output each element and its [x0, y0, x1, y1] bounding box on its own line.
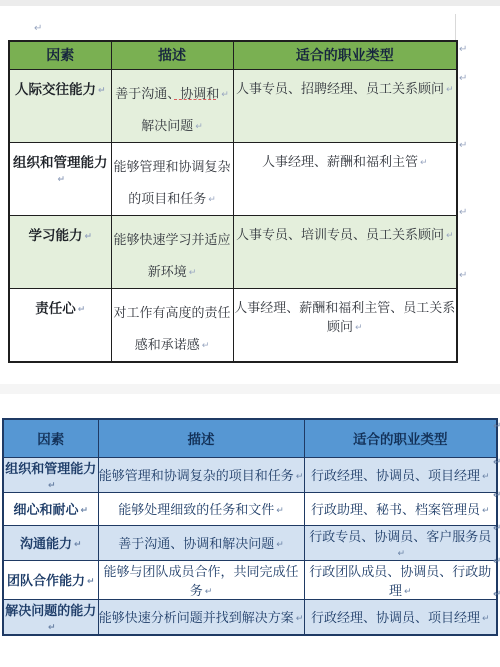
paragraph-mark-icon: ↵ [493, 458, 500, 468]
table-row: 团队合作能力↵ 能够与团队成员合作，共同完成任务↵ 行政团队成员、协调员、行政助… [3, 560, 497, 599]
paragraph-mark-icon: ↵ [493, 557, 500, 567]
paragraph-mark-icon: ↵ [482, 505, 490, 515]
description-cell: 对工作有高度的责任 感和承诺感↵ [111, 288, 233, 362]
careers-cell: 行政经理、协调员、项目经理↵ [304, 457, 497, 492]
paragraph-mark-icon: ↵ [208, 194, 216, 204]
paragraph-mark-icon: ↵ [493, 590, 500, 600]
careers-cell: 人事经理、薪酬和福利主管、员工关系顾问↵ [233, 288, 457, 362]
hr-factors-table: 因素 描述 适合的职业类型 人际交往能力↵ 善于沟通、协调和↵ 解决问题↵ 人事… [8, 40, 458, 363]
factor-cell: 组织和管理能力↵ [3, 457, 98, 492]
factor-cell: 解决问题的能力↵ [3, 599, 98, 635]
paragraph-mark-icon: ↵ [397, 548, 405, 558]
table-row: 责任心↵ 对工作有高度的责任 感和承诺感↵ 人事经理、薪酬和福利主管、员工关系顾… [9, 288, 457, 362]
paragraph-mark-icon: ↵ [404, 586, 412, 596]
description-cell: 善于沟通、协调和↵ 解决问题↵ [111, 69, 233, 142]
paragraph-mark-icon: ↵ [202, 340, 210, 350]
paragraph-mark-icon: ↵ [205, 586, 213, 596]
description-cell: 能够处理细致的任务和文件↵ [98, 492, 304, 525]
paragraph-mark-icon: ↵ [87, 576, 95, 586]
paragraph-mark-icon: ↵ [493, 422, 500, 432]
paragraph-mark-icon: ↵ [221, 89, 229, 99]
description-cell: 能够快速分析问题并找到解决方案↵ [98, 599, 304, 635]
header-description: 描述 [111, 41, 233, 69]
table-header-row: 因素 描述 适合的职业类型 [9, 41, 457, 69]
careers-cell: 行政团队成员、协调员、行政助理↵ [304, 560, 497, 599]
header-factor: 因素 [3, 419, 98, 457]
factor-cell: 细心和耐心↵ [3, 492, 98, 525]
paragraph-mark-icon: ↵ [98, 85, 106, 95]
factor-cell: 团队合作能力↵ [3, 560, 98, 599]
page-seam [0, 384, 500, 394]
careers-cell: 人事专员、招聘经理、员工关系顾问↵ [233, 69, 457, 142]
paragraph-mark-icon: ↵ [276, 505, 284, 515]
header-factor: 因素 [9, 41, 111, 69]
table-header-row: 因素 描述 适合的职业类型 [3, 419, 497, 457]
paragraph-mark-icon: ↵ [296, 613, 304, 623]
careers-cell: 行政专员、协调员、客户服务员↵ [304, 525, 497, 560]
paragraph-mark-icon: ↵ [78, 304, 86, 314]
header-career-types: 适合的职业类型 [304, 419, 497, 457]
paragraph-mark-icon: ↵ [34, 24, 42, 34]
paragraph-mark-icon: ↵ [446, 230, 454, 240]
careers-cell: 行政经理、协调员、项目经理↵ [304, 599, 497, 635]
factor-cell: 沟通能力↵ [3, 525, 98, 560]
paragraph-mark-icon: ↵ [459, 45, 467, 55]
paragraph-mark-icon: ↵ [459, 141, 467, 151]
table-row: 组织和管理能力↵ 能够管理和协调复杂的项目和任务↵ 行政经理、协调员、项目经理↵ [3, 457, 497, 492]
description-cell: 善于沟通、协调和解决问题↵ [98, 525, 304, 560]
paragraph-mark-icon: ↵ [296, 471, 304, 481]
table-row: 细心和耐心↵ 能够处理细致的任务和文件↵ 行政助理、秘书、档案管理员↵ [3, 492, 497, 525]
admin-factors-table: 因素 描述 适合的职业类型 组织和管理能力↵ 能够管理和协调复杂的项目和任务↵ … [2, 418, 498, 636]
factor-cell: 责任心↵ [9, 288, 111, 362]
careers-cell: 行政助理、秘书、档案管理员↵ [304, 492, 497, 525]
header-description: 描述 [98, 419, 304, 457]
description-cell: 能够管理和协调复杂 的项目和任务↵ [111, 142, 233, 215]
paragraph-mark-icon: ↵ [48, 480, 56, 490]
paragraph-mark-icon: ↵ [493, 524, 500, 534]
paragraph-mark-icon: ↵ [420, 157, 428, 167]
factor-cell: 组织和管理能力↵ [9, 142, 111, 215]
paragraph-mark-icon: ↵ [459, 271, 467, 281]
paragraph-mark-icon: ↵ [189, 267, 197, 277]
description-cell: 能够快速学习并适应 新环境↵ [111, 215, 233, 288]
paragraph-mark-icon: ↵ [84, 231, 92, 241]
paragraph-mark-icon: ↵ [493, 491, 500, 501]
paragraph-mark-icon: ↵ [446, 84, 454, 94]
spellcheck-underline [174, 99, 216, 100]
header-career-types: 适合的职业类型 [233, 41, 457, 69]
paragraph-mark-icon: ↵ [48, 622, 56, 632]
factor-cell: 人际交往能力↵ [9, 69, 111, 142]
table-row: 解决问题的能力↵ 能够快速分析问题并找到解决方案↵ 行政经理、协调员、项目经理↵ [3, 599, 497, 635]
careers-cell: 人事经理、薪酬和福利主管↵ [233, 142, 457, 215]
paragraph-mark-icon: ↵ [459, 74, 467, 84]
paragraph-mark-icon: ↵ [276, 539, 284, 549]
description-cell: 能够管理和协调复杂的项目和任务↵ [98, 457, 304, 492]
paragraph-mark-icon: ↵ [459, 208, 467, 218]
factor-cell: 学习能力↵ [9, 215, 111, 288]
paragraph-mark-icon: ↵ [355, 322, 363, 332]
careers-cell: 人事专员、培训专员、员工关系顾问↵ [233, 215, 457, 288]
paragraph-mark-icon: ↵ [80, 505, 88, 515]
paragraph-mark-icon: ↵ [57, 174, 65, 184]
table-row: 学习能力↵ 能够快速学习并适应 新环境↵ 人事专员、培训专员、员工关系顾问↵ [9, 215, 457, 288]
table-row: 人际交往能力↵ 善于沟通、协调和↵ 解决问题↵ 人事专员、招聘经理、员工关系顾问… [9, 69, 457, 142]
screenshot-top-edge [0, 0, 500, 6]
paragraph-mark-icon: ↵ [482, 471, 490, 481]
paragraph-mark-icon: ↵ [74, 539, 82, 549]
table-row: 沟通能力↵ 善于沟通、协调和解决问题↵ 行政专员、协调员、客户服务员↵ [3, 525, 497, 560]
paragraph-mark-icon: ↵ [482, 613, 490, 623]
description-cell: 能够与团队成员合作，共同完成任务↵ [98, 560, 304, 599]
table-row: 组织和管理能力↵ 能够管理和协调复杂 的项目和任务↵ 人事经理、薪酬和福利主管↵ [9, 142, 457, 215]
margin-guide-line [455, 14, 456, 40]
paragraph-mark-icon: ↵ [195, 121, 203, 131]
